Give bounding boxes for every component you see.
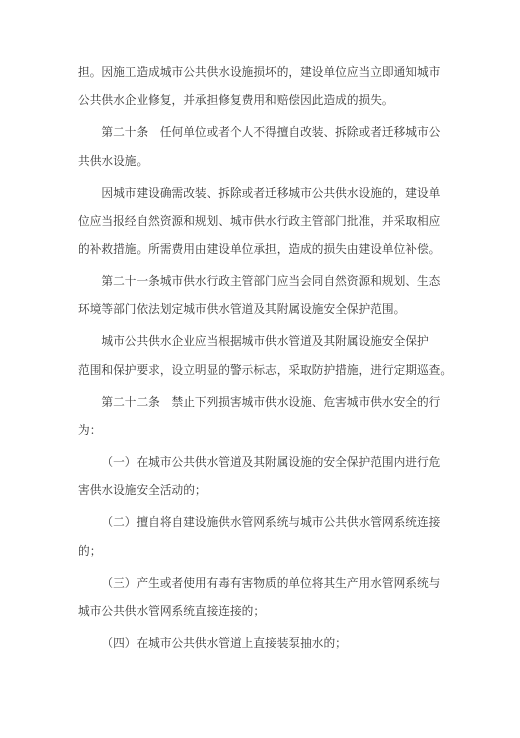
paragraph: （一）在城市公共供水管道及其附属设施的安全保护范围内进行危害供水设施安全活动的； xyxy=(78,449,442,506)
paragraph-line: （二）擅自将自建设施供水管网系统与城市公共供水管网系统连接 xyxy=(78,509,442,537)
paragraph-line: 担。因施工造成城市公共供水设施损坏的，建设单位应当立即通知城市 xyxy=(78,59,442,87)
paragraph-line: 位应当报经自然资源和规划、城市供水行政主管部门批准，并采取相应 xyxy=(78,208,442,236)
paragraph-line: 害供水设施安全活动的； xyxy=(78,477,442,505)
paragraph: 第二十一条城市供水行政主管部门应当会同自然资源和规划、生态环境等部门依法划定城市… xyxy=(78,268,442,325)
paragraph-line: 的； xyxy=(78,538,442,566)
paragraph-line: 为： xyxy=(78,417,442,445)
paragraph: 第二十条 任何单位或者个人不得擅自改装、拆除或者迁移城市公共供水设施。 xyxy=(78,119,442,176)
paragraph: 担。因施工造成城市公共供水设施损坏的，建设单位应当立即通知城市公共供水企业修复，… xyxy=(78,59,442,116)
paragraph-line: 公共供水企业修复，并承担修复费用和赔偿因此造成的损失。 xyxy=(78,87,442,115)
paragraph-line: （一）在城市公共供水管道及其附属设施的安全保护范围内进行危 xyxy=(78,449,442,477)
document-page: 担。因施工造成城市公共供水设施损坏的，建设单位应当立即通知城市公共供水企业修复，… xyxy=(0,0,520,738)
paragraph: 因城市建设确需改装、拆除或者迁移城市公共供水设施的，建设单位应当报经自然资源和规… xyxy=(78,180,442,265)
paragraph-line: 范围和保护要求，设立明显的警示标志，采取防护措施，进行定期巡查。 xyxy=(78,357,442,385)
paragraph: （二）擅自将自建设施供水管网系统与城市公共供水管网系统连接的； xyxy=(78,509,442,566)
paragraph: 第二十二条 禁止下列损害城市供水设施、危害城市供水安全的行为： xyxy=(78,389,442,446)
paragraph-line: （三）产生或者使用有毒有害物质的单位将其生产用水管网系统与 xyxy=(78,570,442,598)
paragraph-line: 第二十二条 禁止下列损害城市供水设施、危害城市供水安全的行 xyxy=(78,389,442,417)
paragraph-line: 的补救措施。所需费用由建设单位承担，造成的损失由建设单位补偿。 xyxy=(78,236,442,264)
paragraph: 城市公共供水企业应当根据城市供水管道及其附属设施安全保护范围和保护要求，设立明显… xyxy=(78,328,442,385)
paragraph-line: 环境等部门依法划定城市供水管道及其附属设施安全保护范围。 xyxy=(78,296,442,324)
document-content: 担。因施工造成城市公共供水设施损坏的，建设单位应当立即通知城市公共供水企业修复，… xyxy=(0,0,520,658)
paragraph: （三）产生或者使用有毒有害物质的单位将其生产用水管网系统与城市公共供水管网系统直… xyxy=(78,570,442,627)
paragraph-line: 城市公共供水企业应当根据城市供水管道及其附属设施安全保护 xyxy=(78,328,442,356)
paragraph-line: 第二十条 任何单位或者个人不得擅自改装、拆除或者迁移城市公 xyxy=(78,119,442,147)
paragraph-line: 第二十一条城市供水行政主管部门应当会同自然资源和规划、生态 xyxy=(78,268,442,296)
paragraph-line: 城市公共供水管网系统直接连接的； xyxy=(78,598,442,626)
paragraph-line: 共供水设施。 xyxy=(78,148,442,176)
paragraph: （四）在城市公共供水管道上直接装泵抽水的； xyxy=(78,630,442,658)
paragraph-line: （四）在城市公共供水管道上直接装泵抽水的； xyxy=(78,630,442,658)
paragraph-line: 因城市建设确需改装、拆除或者迁移城市公共供水设施的，建设单 xyxy=(78,180,442,208)
